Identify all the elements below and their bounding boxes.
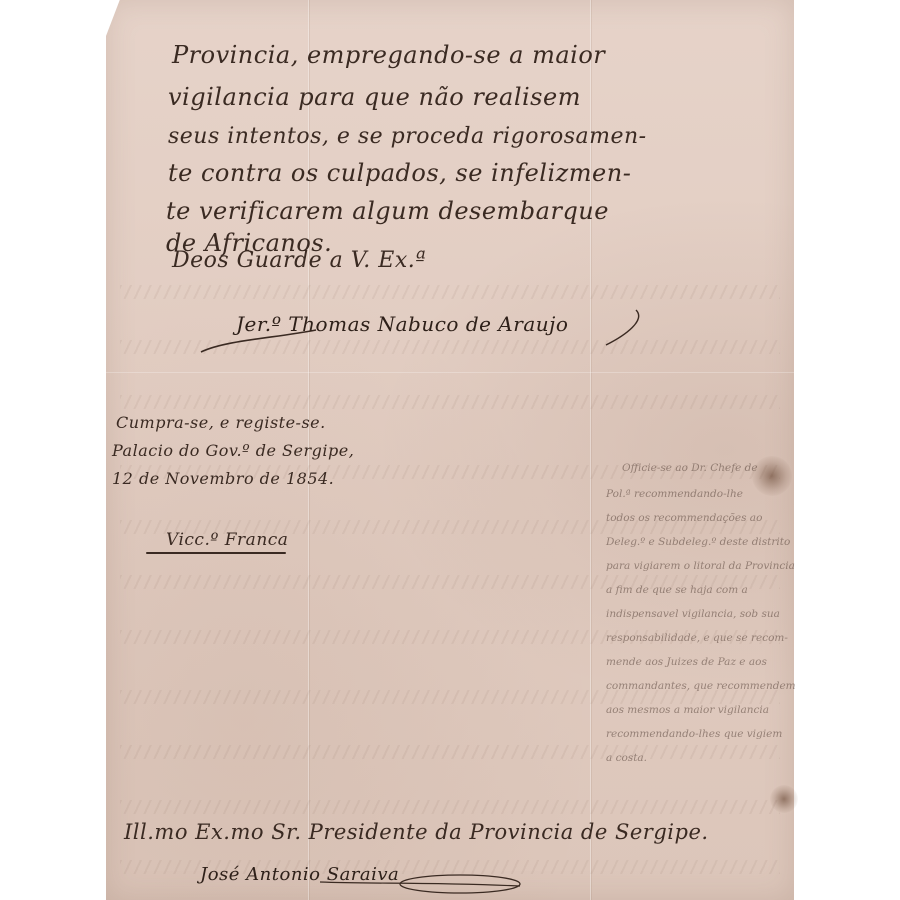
pencil-note-line: a costa.	[606, 752, 647, 764]
pencil-note-line: mende aos Juizes de Paz e aos	[606, 656, 767, 668]
pencil-note-line: Officie-se ao Dr. Chefe de	[622, 462, 758, 474]
pencil-note-line: para vigiarem o litoral da Provincia	[606, 560, 795, 572]
show-through-text	[120, 285, 780, 299]
signature-underline	[146, 552, 286, 554]
signature-flourish	[196, 300, 656, 360]
addressee-line: Ill.mo Ex.mo Sr. Presidente da Provincia…	[124, 820, 709, 844]
show-through-text	[120, 745, 780, 759]
margin-note-signature: Vicc.º Franca	[166, 528, 288, 553]
pencil-note-line: Deleg.º e Subdeleg.º deste distrito	[606, 536, 790, 548]
margin-note-line: Palacio do Gov.º de Sergipe,	[112, 438, 354, 463]
fold-crease	[106, 372, 794, 373]
closing-salutation: Deos Guarde a V. Ex.ª	[172, 248, 426, 273]
ink-stain	[752, 456, 792, 496]
pencil-note-line: recommendando-lhes que vigiem	[606, 728, 782, 740]
show-through-text	[120, 800, 780, 814]
pencil-note-line: indispensavel vigilancia, sob sua	[606, 608, 780, 620]
body-line: te contra os culpados, se infelizmen-	[168, 158, 631, 188]
pencil-note-line: todos os recommendações ao	[606, 512, 762, 524]
body-line: vigilancia para que não realisem	[168, 82, 581, 112]
body-line: seus intentos, e se proceda rigorosamen-	[168, 122, 647, 152]
show-through-text	[120, 690, 780, 704]
bottom-signature-flourish	[310, 870, 530, 900]
pencil-note-line: Pol.ª recommendando-lhe	[606, 488, 743, 500]
pencil-note-line: responsabilidade, e que se recom-	[606, 632, 788, 644]
body-line: Provincia, empregando-se a maior	[172, 40, 605, 70]
pencil-note-line: a fim de que se haja com a	[606, 584, 748, 596]
ink-stain	[770, 785, 798, 813]
pencil-note-line: aos mesmos a maior vigilancia	[606, 704, 769, 716]
show-through-text	[120, 395, 780, 409]
margin-note-line: 12 de Novembro de 1854.	[112, 466, 334, 491]
document-scan: Provincia, empregando-se a maior vigilan…	[0, 0, 900, 900]
margin-note-line: Cumpra-se, e registe-se.	[116, 410, 326, 435]
body-line: te verificarem algum desembarque	[166, 196, 609, 226]
pencil-note-line: commandantes, que recommendem	[606, 680, 796, 692]
